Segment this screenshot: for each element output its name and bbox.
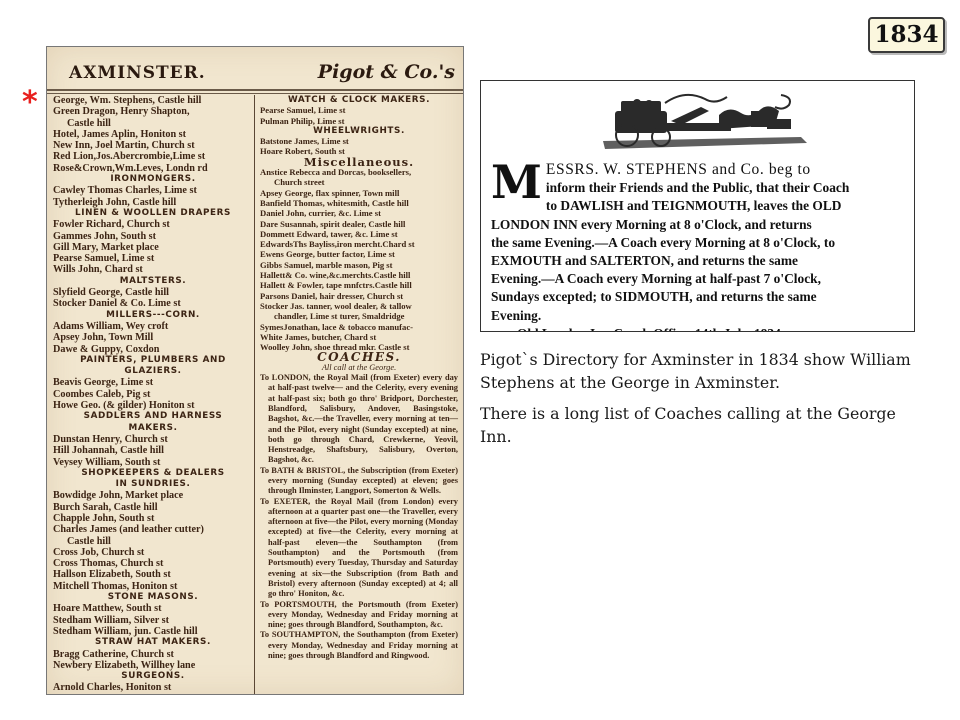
- directory-entry: Anstice Rebecca and Dorcas, booksellers,: [260, 167, 458, 177]
- directory-entry: Coombes Caleb, Pig st: [53, 389, 253, 400]
- advertisement-line: inform their Friends and the Public, tha…: [491, 179, 909, 197]
- asterisk-marker: *: [22, 88, 38, 118]
- directory-entry: Dawe & Guppy, Coxdon: [53, 344, 253, 355]
- directory-entry: Ewens George, butter factor, Lime st: [260, 249, 458, 259]
- directory-section-heading: WHEELWRIGHTS.: [260, 126, 458, 136]
- directory-entry: Banfield Thomas, whitesmith, Castle hill: [260, 198, 458, 208]
- directory-entry: Apsey George, flax spinner, Town mill: [260, 188, 458, 198]
- directory-entry: Wills John, Chard st: [53, 264, 253, 275]
- directory-publisher: Pigot & Co.'s: [318, 61, 455, 83]
- directory-section-heading: SADDLERS AND HARNESS: [53, 411, 253, 422]
- directory-entry: Hallett & Fowler, tape mnfctrs.Castle hi…: [260, 280, 458, 290]
- directory-entry: To BATH & BRISTOL, the Subscription (fro…: [260, 466, 458, 497]
- directory-entry: Castle hill: [53, 536, 253, 547]
- directory-entry: Chapple John, South st: [53, 513, 253, 524]
- directory-entry: Dare Susannah, spirit dealer, Castle hil…: [260, 219, 458, 229]
- directory-entry: Hallson Elizabeth, South st: [53, 569, 253, 580]
- directory-entry: George, Wm. Stephens, Castle hill: [53, 95, 253, 106]
- directory-entry: Hallett& Co. wine,&c.merchts.Castle hill: [260, 270, 458, 280]
- directory-entry: Pearse Samuel, Lime st: [260, 105, 458, 115]
- directory-entry: White James, butcher, Chard st: [260, 332, 458, 342]
- directory-town-title: AXMINSTER.: [69, 63, 206, 83]
- advertisement-line: LONDON INN every Morning at 8 o'Clock, a…: [491, 216, 909, 234]
- directory-section-heading: COACHES.: [260, 352, 458, 362]
- directory-entry: To PORTSMOUTH, the Portsmouth (from Exet…: [260, 600, 458, 631]
- directory-entry: Pulman Philip, Lime st: [260, 116, 458, 126]
- directory-section-heading: STRAW HAT MAKERS.: [53, 637, 253, 648]
- directory-right-column: WATCH & CLOCK MAKERS.Pearse Samuel, Lime…: [260, 95, 458, 694]
- advertisement-line: Sundays excepted; to SIDMOUTH, and retur…: [491, 288, 909, 306]
- directory-entry: Fowler Richard, Church st: [53, 219, 253, 230]
- directory-section-heading: WATCH & CLOCK MAKERS.: [260, 95, 458, 105]
- directory-section-heading: GLAZIERS.: [53, 366, 253, 377]
- advertisement-signoff: Old London Inn Coach Office, 14th July, …: [491, 325, 909, 332]
- directory-entry: Dunstan Henry, Church st: [53, 434, 253, 445]
- directory-entry: Gibbs Samuel, marble mason, Pig st: [260, 260, 458, 270]
- directory-header: AXMINSTER. Pigot & Co.'s: [47, 47, 463, 95]
- directory-entry: Gammes John, South st: [53, 231, 253, 242]
- directory-entry: Beavis George, Lime st: [53, 377, 253, 388]
- caption-paragraph-2: There is a long list of Coaches calling …: [480, 402, 930, 448]
- stagecoach-icon: [601, 93, 811, 155]
- directory-entry: Daniel John, currier, &c. Lime st: [260, 208, 458, 218]
- directory-entry: Stedham William, Silver st: [53, 615, 253, 626]
- directory-left-column: George, Wm. Stephens, Castle hillGreen D…: [53, 95, 253, 694]
- directory-entry: To LONDON, the Royal Mail (from Exeter) …: [260, 373, 458, 466]
- directory-entry: Apsey John, Town Mill: [53, 332, 253, 343]
- directory-entry: Mitchell Thomas, Honiton st: [53, 581, 253, 592]
- directory-entry: Stedham William, jun. Castle hill: [53, 626, 253, 637]
- directory-entry: Slyfield George, Castle hill: [53, 287, 253, 298]
- column-divider: [254, 95, 255, 694]
- directory-entry: To SOUTHAMPTON, the Southampton (from Ex…: [260, 630, 458, 661]
- directory-entry: New Inn, Joel Martin, Church st: [53, 140, 253, 151]
- directory-section-heading: MAKERS.: [53, 423, 253, 434]
- directory-entry: Burch Sarah, Castle hill: [53, 502, 253, 513]
- directory-entry: Hotel, James Aplin, Honiton st: [53, 129, 253, 140]
- directory-entry: Church street: [260, 177, 458, 187]
- directory-section-heading: MALTSTERS.: [53, 276, 253, 287]
- directory-section-heading: PAINTERS, PLUMBERS AND: [53, 355, 253, 366]
- directory-entry: Veysey William, South st: [53, 457, 253, 468]
- directory-entry: Rose&Crown,Wm.Leves, Londn rd: [53, 163, 253, 174]
- directory-section-heading: IN SUNDRIES.: [53, 479, 253, 490]
- directory-entry: Gill Mary, Market place: [53, 242, 253, 253]
- directory-section-heading: STONE MASONS.: [53, 592, 253, 603]
- directory-entry: Pearse Samuel, Lime st: [53, 253, 253, 264]
- directory-entry: Hill Johannah, Castle hill: [53, 445, 253, 456]
- header-rule: [47, 89, 463, 94]
- newspaper-advertisement: M ESSRS. W. STEPHENS and Co. beg toinfor…: [480, 80, 915, 332]
- directory-entry: EdwardsThs Bayliss,iron mercht.Chard st: [260, 239, 458, 249]
- directory-entry: To EXETER, the Royal Mail (from London) …: [260, 497, 458, 600]
- directory-entry: Adams William, Wey croft: [53, 321, 253, 332]
- advertisement-line: ESSRS. W. STEPHENS and Co. beg to: [491, 161, 909, 179]
- directory-entry: SymesJonathan, lace & tobacco manufac-: [260, 322, 458, 332]
- directory-entry: Charles James (and leather cutter): [53, 524, 253, 535]
- advertisement-line: EXMOUTH and SALTERTON, and returns the s…: [491, 252, 909, 270]
- directory-entry: chandler, Lime st turer, Smaldridge: [260, 311, 458, 321]
- directory-section-heading: MILLERS---CORN.: [53, 310, 253, 321]
- directory-section-heading: IRONMONGERS.: [53, 174, 253, 185]
- advertisement-text: M ESSRS. W. STEPHENS and Co. beg toinfor…: [491, 161, 909, 332]
- year-badge: 1834: [868, 17, 945, 53]
- advertisement-line: the same Evening.—A Coach every Morning …: [491, 234, 909, 252]
- advertisement-line: to DAWLISH and TEIGNMOUTH, leaves the OL…: [491, 197, 909, 215]
- advertisement-line: Evening.—A Coach every Morning at half-p…: [491, 270, 909, 288]
- pigot-directory-scan: AXMINSTER. Pigot & Co.'s George, Wm. Ste…: [46, 46, 464, 695]
- directory-entry: Red Lion,Jos.Abercrombie,Lime st: [53, 151, 253, 162]
- directory-entry: Stocker Daniel & Co. Lime st: [53, 298, 253, 309]
- caption-paragraph-1: Pigot`s Directory for Axminster in 1834 …: [480, 348, 930, 394]
- advertisement-line: Evening.: [491, 307, 909, 325]
- directory-section-heading: LINEN & WOOLLEN DRAPERS: [53, 208, 253, 219]
- directory-entry: Cawley Thomas Charles, Lime st: [53, 185, 253, 196]
- directory-entry: Dommett Edward, tawer, &c. Lime st: [260, 229, 458, 239]
- directory-entry: All call at the George.: [260, 363, 458, 373]
- directory-entry: Stocker Jas. tanner, wool dealer, & tall…: [260, 301, 458, 311]
- dropcap-letter: M: [491, 163, 542, 201]
- directory-section-heading: SHOPKEEPERS & DEALERS: [53, 468, 253, 479]
- directory-entry: Parsons Daniel, hair dresser, Church st: [260, 291, 458, 301]
- directory-entry: Tytherleigh John, Castle hill: [53, 197, 253, 208]
- directory-entry: Batstone James, Lime st: [260, 136, 458, 146]
- directory-section-heading: Miscellaneous.: [260, 157, 458, 167]
- directory-entry: Hoare Matthew, South st: [53, 603, 253, 614]
- directory-entry: Cross Job, Church st: [53, 547, 253, 558]
- directory-entry: Cross Thomas, Church st: [53, 558, 253, 569]
- directory-entry: Bowdidge John, Market place: [53, 490, 253, 501]
- directory-entry: Castle hill: [53, 118, 253, 129]
- directory-entry: Arnold Charles, Honiton st: [53, 682, 253, 693]
- directory-entry: Green Dragon, Henry Shapton,: [53, 106, 253, 117]
- directory-entry: Bragg Catherine, Church st: [53, 649, 253, 660]
- directory-entry: Newbery Elizabeth, Willhey lane: [53, 660, 253, 671]
- directory-entry: Howe Geo. (& gilder) Honiton st: [53, 400, 253, 411]
- caption: Pigot`s Directory for Axminster in 1834 …: [480, 348, 930, 456]
- directory-section-heading: SURGEONS.: [53, 671, 253, 682]
